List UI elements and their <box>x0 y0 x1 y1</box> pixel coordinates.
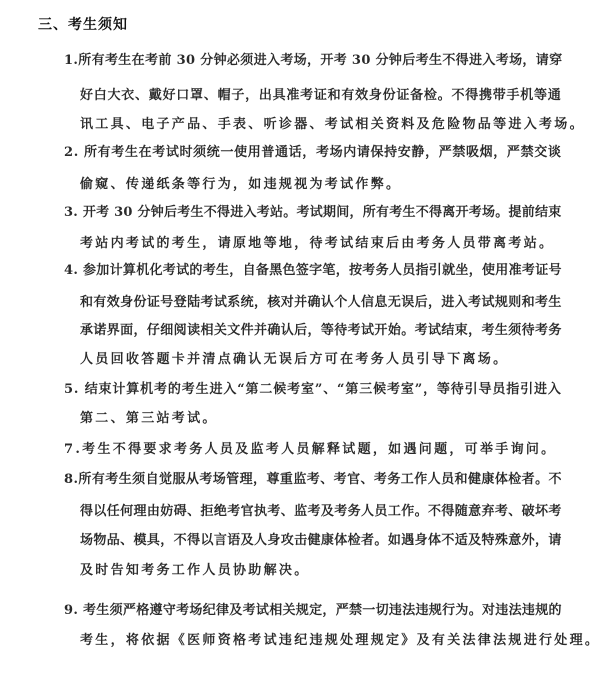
rule-line: 及时告知考务工作人员协助解决。 <box>80 559 310 578</box>
rule-line: 3. 开考 30 分钟后考生不得进入考站。考试期间，所有考生不得离开考场。提前结… <box>64 201 562 220</box>
rule-line: 第二、第三站考试。 <box>80 407 218 426</box>
rule-line: 人员回收答题卡并清点确认无误后方可在考务人员引导下离场。 <box>80 348 508 367</box>
rule-line: 和有效身份证号登陆考试系统，核对并确认个人信息无误后，进入考试规则和考生 <box>80 291 562 310</box>
rule-line: 偷窥、传递纸条等行为，如违规视为考试作弊。 <box>80 173 401 192</box>
rule-line: 得以任何理由妨碍、拒绝考官执考、监考及考务人员工作。不得随意弃考、破坏考 <box>80 500 562 519</box>
rule-line: 场物品、模具，不得以言语及人身攻击健康体检者。如遇身体不适及特殊意外，请 <box>80 529 562 548</box>
rule-line: 考站内考试的考生，请原地等地，待考试结束后由考务人员带离考站。 <box>80 232 554 251</box>
rule-line: 7.考生不得要求考务人员及监考人员解释试题，如遇问题，可举手询问。 <box>64 438 556 457</box>
rule-line: 好白大衣、戴好口罩、帽子，出具准考证和有效身份证备检。不得携带手机等通 <box>80 84 562 103</box>
rule-line: 承诺界面，仔细阅读相关文件并确认后，等待考试开始。考试结束，考生须待考务 <box>80 319 562 338</box>
rule-line: 9. 考生须严格遵守考场纪律及考试相关规定，严禁一切违法违规行为。对违法违规的 <box>64 599 562 618</box>
rule-line: 考生，将依据《医师资格考试违纪违规处理规定》及有关法律法规进行处理。 <box>80 629 600 648</box>
rule-line: 2. 所有考生在考试时须统一使用普通话，考场内请保持安静，严禁吸烟，严禁交谈 <box>64 141 562 160</box>
rule-line: 1.所有考生在考前 30 分钟必须进入考场，开考 30 分钟后考生不得进入考场，… <box>64 49 562 68</box>
section-heading: 三、考生须知 <box>38 14 128 34</box>
rule-line: 4. 参加计算机化考试的考生，自备黑色签字笔，按考务人员指引就坐，使用准考证号 <box>64 259 562 278</box>
rule-line: 8.所有考生须自觉服从考场管理，尊重监考、考官、考务工作人员和健康体检者。不 <box>64 468 562 487</box>
rule-line: 讯工具、电子产品、手表、听诊器、考试相关资料及危险物品等进入考场。 <box>80 113 585 132</box>
rule-line: 5. 结束计算机考的考生进入“第二候考室”、“第三候考室”，等待引导员指引进入 <box>64 378 562 397</box>
